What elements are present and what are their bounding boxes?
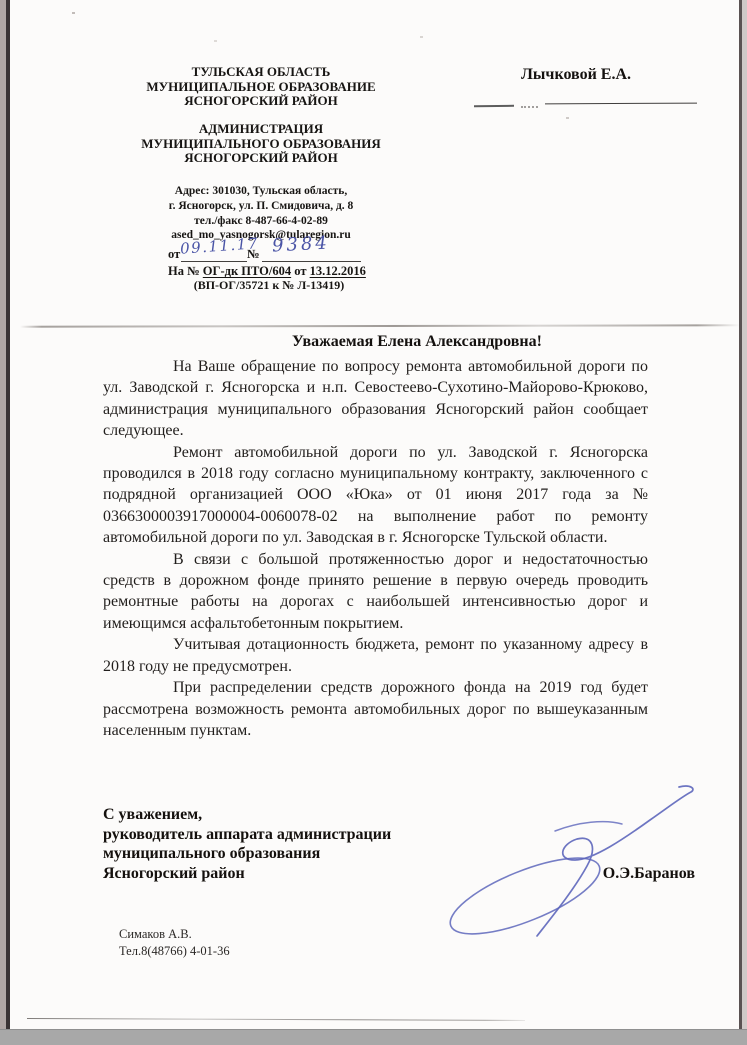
executor-phone: Тел.8(48766) 4-01-36: [119, 943, 230, 960]
scan-artifact-line: [27, 1018, 525, 1021]
closing-line: С уважением,: [103, 805, 391, 825]
org-line: МУНИЦИПАЛЬНОЕ ОБРАЗОВАНИЕ: [109, 80, 413, 95]
address-line: Адрес: 301030, Тульская область,: [109, 184, 413, 199]
closing-line: руководитель аппарата администрации: [103, 825, 391, 845]
scan-edge-right: [742, 0, 747, 1030]
salutation: Уважаемая Елена Александровна!: [147, 333, 687, 351]
recipient-underline-dots: [521, 106, 538, 108]
address-line: тел./факс 8-487-66-4-02-89: [109, 214, 413, 229]
admin-line: АДМИНИСТРАЦИЯ: [109, 122, 413, 137]
incoming-ref-line: На № ОГ-дк ПТО/604 от 13.12.2016: [168, 264, 366, 279]
paragraph: Ремонт автомобильной дороги по ул. Завод…: [103, 442, 648, 549]
letterhead-organization: ТУЛЬСКАЯ ОБЛАСТЬ МУНИЦИПАЛЬНОЕ ОБРАЗОВАН…: [109, 65, 413, 109]
closing-block: С уважением, руководитель аппарата админ…: [103, 805, 391, 883]
paragraph: При распределении средств дорожного фонд…: [103, 677, 648, 741]
recipient-underline-long: [545, 103, 697, 105]
address-line: г. Ясногорск, ул. П. Смидовича, д. 8: [109, 199, 413, 214]
number-sign: №: [247, 247, 260, 262]
number-blank-line: [262, 261, 361, 262]
scanner-bed-strip: [0, 1029, 747, 1045]
paper-fold-line: [20, 324, 740, 327]
recipient-underline-short: [474, 105, 514, 107]
incoming-ref-date: 13.12.2016: [310, 264, 366, 278]
outgoing-from-label: от: [168, 247, 180, 262]
letterhead-administration: АДМИНИСТРАЦИЯ МУНИЦИПАЛЬНОГО ОБРАЗОВАНИЯ…: [109, 122, 413, 166]
email-address: ased_mo_yasnogorsk@tularegion.ru: [109, 228, 413, 243]
closing-line: муниципального образования: [103, 844, 391, 864]
paragraph: В связи с большой протяженностью дорог и…: [103, 549, 648, 635]
incoming-ref-label: На №: [168, 264, 200, 278]
org-line: ЯСНОГОРСКИЙ РАЙОН: [109, 94, 413, 109]
org-line: ТУЛЬСКАЯ ОБЛАСТЬ: [109, 65, 413, 80]
recipient-name: Лычковой Е.А.: [521, 66, 631, 84]
admin-line: ЯСНОГОРСКИЙ РАЙОН: [109, 151, 413, 166]
scanned-letter-page: ТУЛЬСКАЯ ОБЛАСТЬ МУНИЦИПАЛЬНОЕ ОБРАЗОВАН…: [0, 0, 747, 1045]
handwritten-number: 9384: [271, 233, 330, 257]
executor-name: Симаков А.В.: [119, 926, 230, 943]
letterhead-address: Адрес: 301030, Тульская область, г. Ясно…: [109, 184, 413, 243]
paragraph: Учитывая дотационность бюджета, ремонт п…: [103, 634, 648, 677]
letter-body: На Ваше обращение по вопросу ремонта авт…: [103, 356, 648, 741]
executor-block: Симаков А.В. Тел.8(48766) 4-01-36: [119, 926, 230, 959]
incoming-ref-from-label: от: [294, 264, 306, 278]
handwritten-signature-icon: [425, 778, 700, 943]
incoming-ref-note: (ВП-ОГ/35721 к № Л-13419): [166, 278, 372, 293]
date-blank-line: [181, 261, 247, 262]
incoming-ref-number: ОГ-дк ПТО/604: [203, 264, 291, 278]
paragraph: На Ваше обращение по вопросу ремонта авт…: [103, 356, 648, 442]
admin-line: МУНИЦИПАЛЬНОГО ОБРАЗОВАНИЯ: [109, 137, 413, 152]
closing-line: Ясногорский район: [103, 864, 391, 884]
scan-edge-left-line: [6, 0, 10, 1030]
